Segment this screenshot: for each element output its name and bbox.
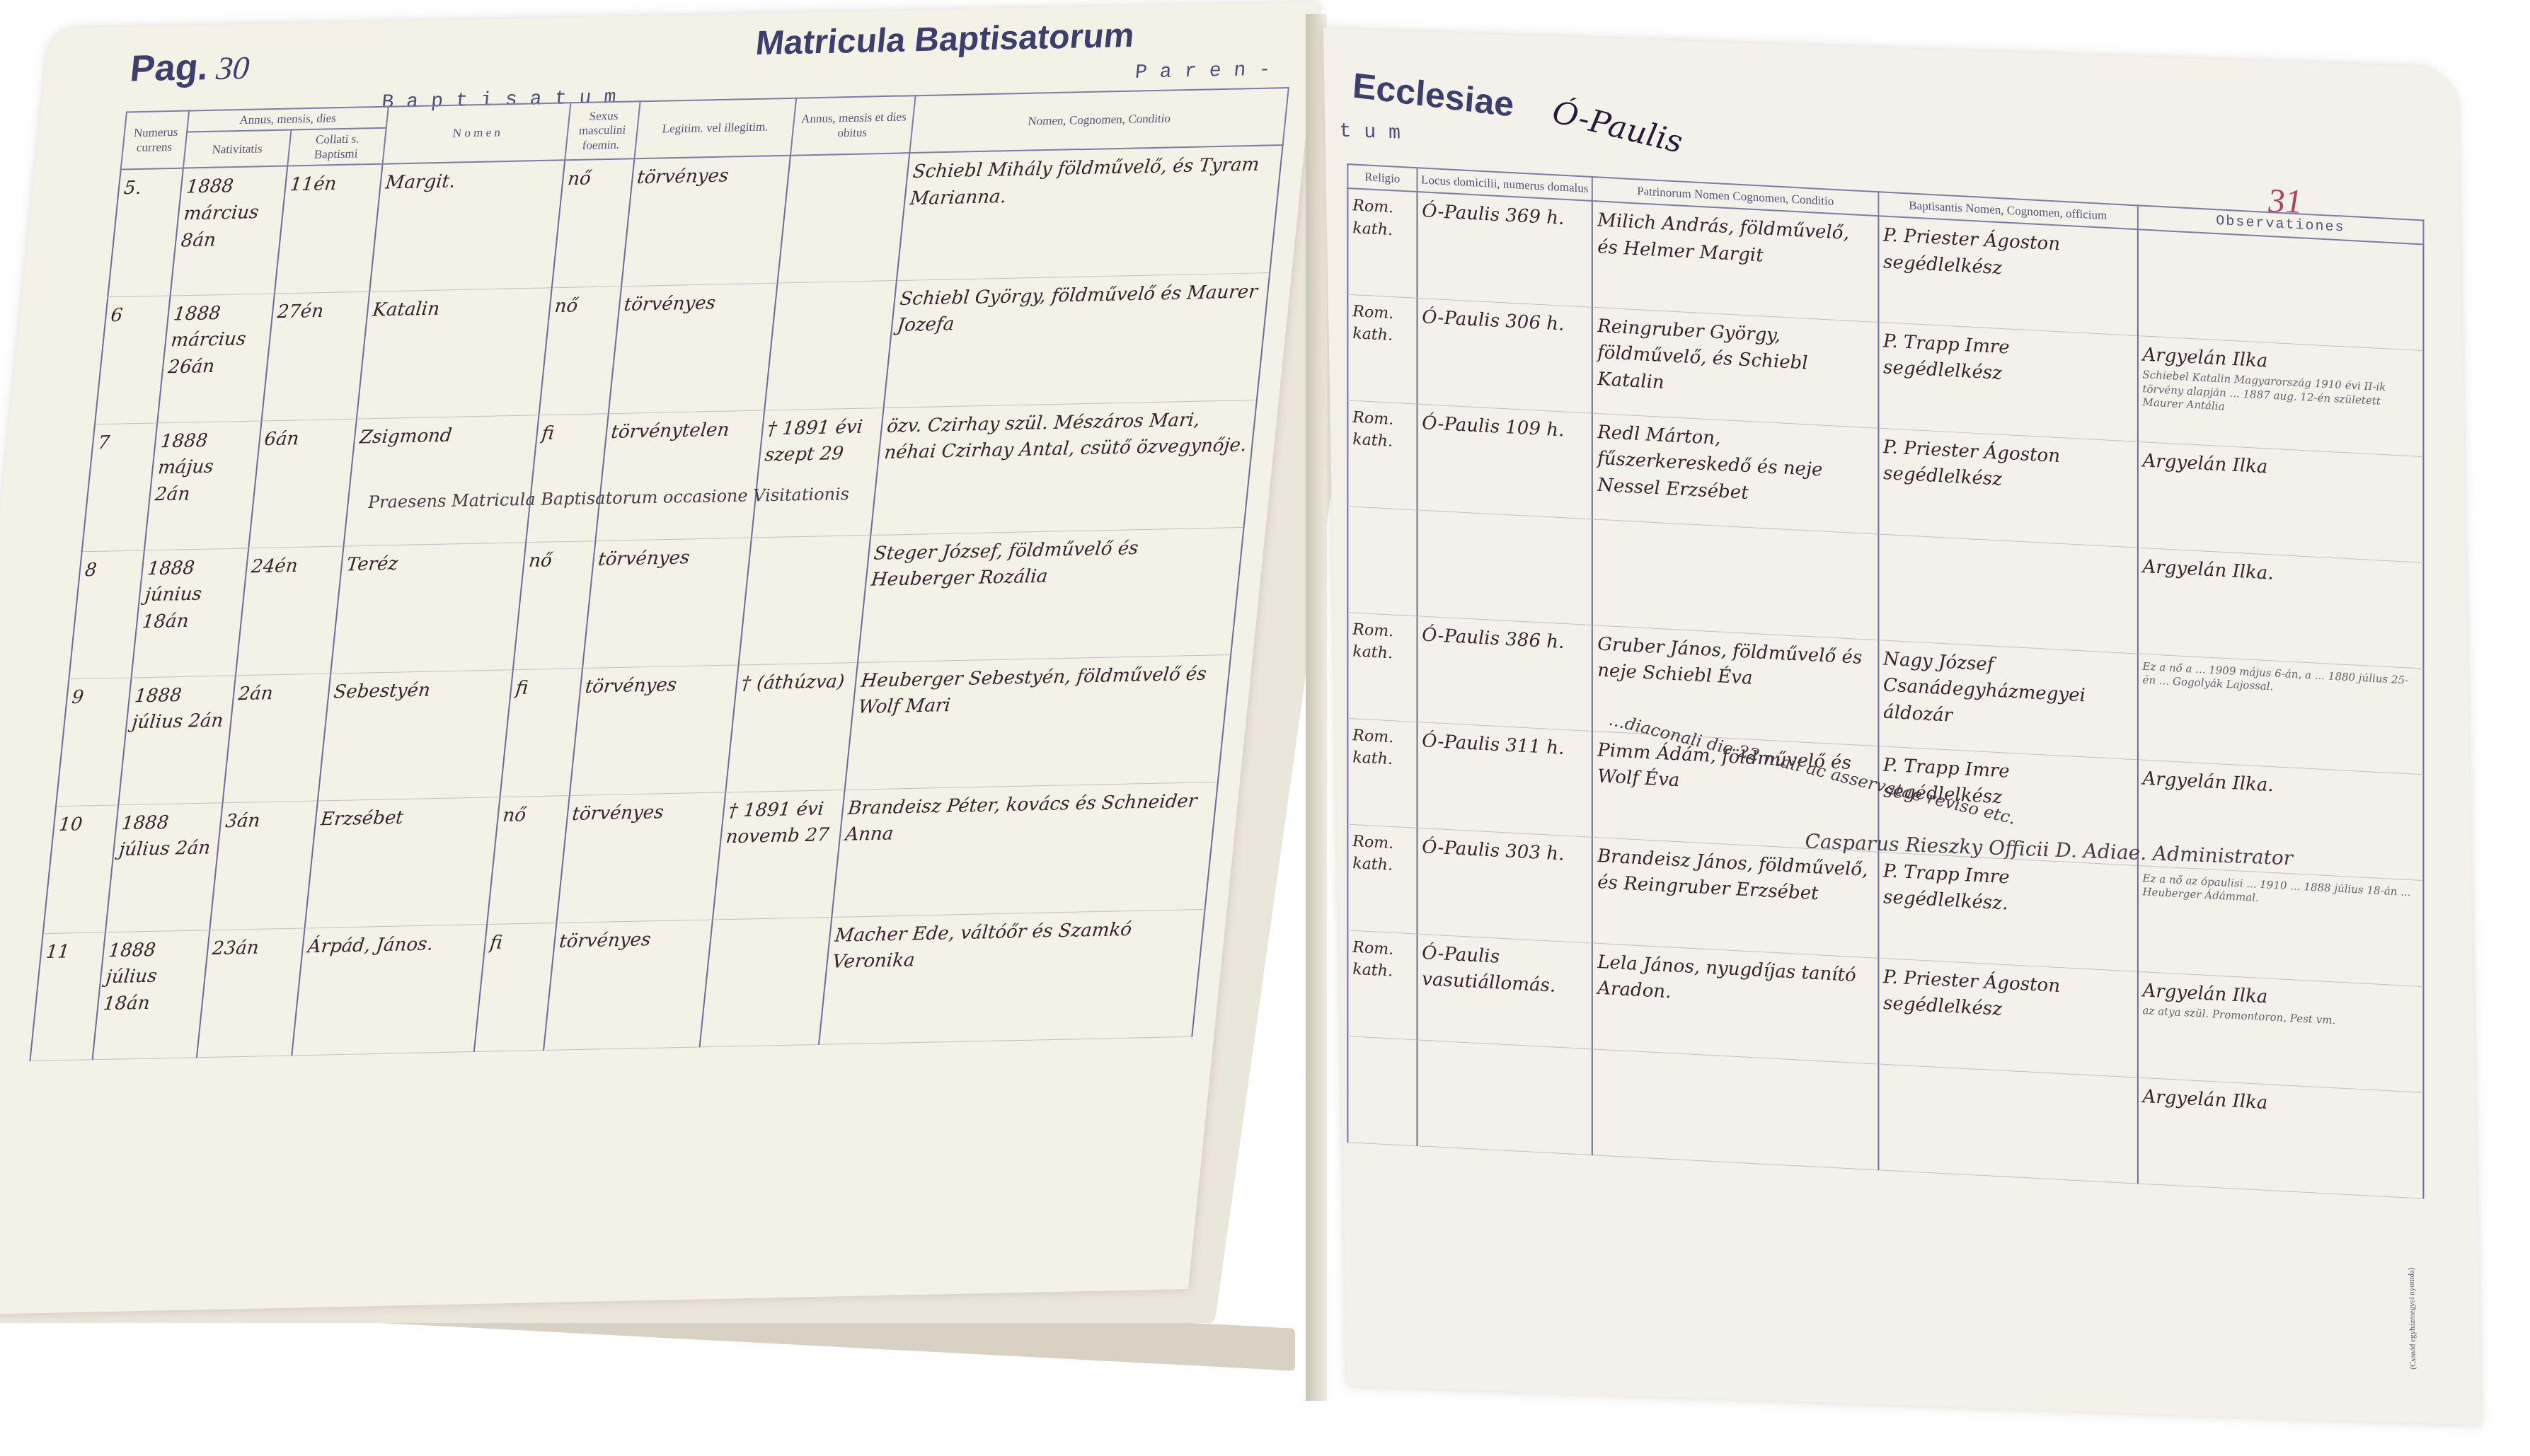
col-nativitatis: Nativitatis: [183, 130, 291, 168]
table-row: 111888 július 18án23ánÁrpád, János.fitör…: [30, 909, 1204, 1061]
cell-religio: Rom. kath.: [1347, 612, 1417, 722]
observation-note: [2143, 792, 2419, 807]
cell-sexus: nő: [539, 286, 621, 415]
cell-sexus: fi: [500, 668, 582, 797]
cell-nomen: Teréz: [330, 542, 526, 673]
cell-nomen: Sebestyén: [318, 669, 513, 800]
cell-legit: törvénytelen: [595, 410, 764, 541]
cell-collati: 6án: [248, 419, 357, 548]
cell-legit: törvényes: [556, 792, 725, 923]
table-row: 101888 július 2án3ánErzsébetnőtörvényes†…: [43, 782, 1218, 933]
col-parentes: Nomen, Cognomen, Conditio: [910, 88, 1289, 153]
left-page: Pag.30 Matricula Baptisatorum Baptisatum…: [0, 2, 1319, 1316]
section-tum: tum: [1339, 121, 1413, 146]
cell-obitus: [778, 153, 910, 282]
cell-patrini: Brandeisz János, földművelő, és Reingrub…: [1592, 837, 1878, 958]
col-sexus: Sexus masculini foemin.: [565, 101, 640, 160]
cell-baptisans: Nagy József Csanádegyházmegyei áldozár: [1878, 640, 2137, 759]
table-row: 5.1888 március 8án11énMargit.nőtörvényes…: [108, 145, 1282, 296]
page-label: Pag.30: [128, 45, 251, 91]
cell-obs: Argyelán Ilka: [2137, 441, 2423, 562]
cell-baptisans: P. Priester Ágoston segédlelkész: [1878, 216, 2137, 335]
cell-patrini: Milich András, földművelő, és Helmer Mar…: [1592, 201, 1878, 322]
cell-nativ: 1888 július 2án: [105, 802, 222, 932]
cell-collati: 23án: [197, 928, 305, 1058]
cell-obitus: † 1891 évi novemb 27: [713, 790, 845, 919]
cell-nativ: 1888 július 2án: [119, 676, 236, 805]
cell-collati: 24én: [236, 546, 344, 676]
cell-obitus: [764, 280, 897, 410]
cell-baptisans: P. Trapp Imre segédlelkész: [1878, 322, 2137, 441]
right-page: Ecclesiae tum Ó-Paulis 31 Religio Locus …: [1323, 28, 2481, 1426]
cell-obs: [2137, 229, 2423, 350]
cell-locus: [1417, 1039, 1592, 1155]
cell-locus: Ó-Paulis 306 h.: [1417, 298, 1592, 413]
cell-sexus: fi: [526, 413, 608, 542]
cell-parentes: Heuberger Sebestyén, földművelő és Wolf …: [845, 654, 1231, 790]
cell-baptisans: [1878, 534, 2137, 654]
cell-baptisans: P. Trapp Imre segédlelkész.: [1878, 852, 2137, 971]
observation-signature: Argyelán Ilka: [2143, 344, 2268, 371]
cell-nativ: 1888 március 8án: [171, 166, 287, 296]
observation-signature: Argyelán Ilka.: [2143, 556, 2274, 584]
cell-sexus: nő: [513, 541, 595, 669]
cell-parentes: Schiebl Mihály földművelő, és Tyram Mari…: [897, 145, 1282, 280]
cell-nomen: Margit.: [369, 160, 565, 291]
col-legitim: Legitim. vel illegitim.: [634, 98, 796, 159]
cell-sexus: nő: [487, 795, 569, 924]
cell-legit: törvényes: [544, 920, 713, 1051]
cell-nativ: 1888 március 26án: [158, 294, 275, 423]
cell-nomen: Erzsébet: [305, 797, 500, 928]
cell-legit: törvényes: [621, 156, 790, 287]
table-row: 81888 június 18án24énTeréznőtörvényesSte…: [69, 527, 1243, 678]
observation-note: Schiebel Katalin Magyarország 1910 évi I…: [2143, 369, 2419, 424]
cell-collati: 11én: [274, 164, 382, 294]
cell-obs: Argyelán Ilkaaz atya szül. Promontoron, …: [2137, 971, 2423, 1092]
book-gutter: [1306, 14, 1327, 1401]
cell-nativ: 1888 június 18án: [132, 548, 248, 678]
cell-obs: Ez a nő az ópaulisi ... 1910 ... 1888 jú…: [2137, 865, 2423, 986]
table-row: 71888 május 2án6ánZsigmondfitörvénytelen…: [82, 400, 1257, 551]
cell-patrini: Lela János, nyugdíjas tanító Aradon.: [1592, 943, 1878, 1064]
cell-nativ: 1888 július 18án: [93, 930, 209, 1059]
cell-locus: Ó-Paulis vasutiállomás.: [1417, 934, 1592, 1049]
cell-legit: törvényes: [569, 665, 738, 796]
cell-collati: 2án: [222, 674, 330, 803]
cell-parentes: özv. Czirhay szül. Mészáros Mari, néhai …: [871, 400, 1257, 535]
cell-legit: törvényes: [582, 538, 752, 669]
cell-patrini: Redl Márton, fűszerkereskedő és neje Nes…: [1592, 413, 1878, 534]
cell-obitus: [700, 917, 832, 1046]
cell-baptisans: [1878, 1063, 2137, 1183]
ecclesiae-title: Ecclesiae: [1351, 65, 1515, 125]
register-title: Matricula Baptisatorum: [754, 16, 1136, 63]
cell-religio: Rom. kath.: [1347, 718, 1417, 828]
cell-locus: Ó-Paulis 386 h.: [1417, 616, 1592, 731]
cell-patrini: [1592, 519, 1878, 640]
cell-locus: Ó-Paulis 303 h.: [1417, 828, 1592, 943]
register-book: Pag.30 Matricula Baptisatorum Baptisatum…: [0, 0, 2530, 1456]
page-number-left: 30: [215, 50, 251, 86]
cell-religio: [1347, 1036, 1417, 1145]
baptism-table-left: Numerus currens Annus, mensis, dies N o …: [29, 87, 1289, 1061]
observation-signature: Argyelán Ilka: [2143, 980, 2268, 1007]
cell-locus: Ó-Paulis 311 h.: [1417, 722, 1592, 837]
cell-religio: Rom. kath.: [1347, 188, 1417, 298]
col-religio: Religio: [1347, 164, 1417, 192]
cell-collati: 27én: [261, 291, 369, 421]
observation-note: Ez a nő az ópaulisi ... 1910 ... 1888 jú…: [2143, 872, 2419, 913]
cell-obs: Argyelán Ilka: [2137, 1077, 2423, 1198]
cell-obs: Ez a nő a ... 1909 május 6-án, a ... 188…: [2137, 653, 2423, 774]
printer-mark: (Csanád egyházmegyei nyomda): [2408, 1267, 2418, 1370]
col-numerus: Numerus currens: [121, 111, 190, 170]
cell-parentes: Brandeisz Péter, kovács és Schneider Ann…: [832, 782, 1218, 917]
cell-nomen: Katalin: [357, 287, 552, 418]
observation-signature: Argyelán Ilka: [2143, 1085, 2268, 1113]
cell-baptisans: P. Priester Ágoston segédlelkész: [1878, 958, 2137, 1077]
cell-nomen: Zsigmond: [344, 415, 539, 545]
section-parentum: Paren-: [1134, 59, 1284, 83]
col-collati: Collati s. Baptismi: [287, 128, 386, 166]
col-nomen: N o m e n: [383, 103, 571, 164]
table-row: 91888 július 2án2ánSebestyénfitörvényes†…: [56, 654, 1231, 806]
cell-parentes: Macher Ede, váltóőr és Szamkó Veronika: [819, 909, 1204, 1044]
observation-signature: Argyelán Ilka.: [2143, 768, 2274, 796]
observation-note: az atya szül. Promontoron, Pest vm.: [2143, 1004, 2419, 1032]
baptism-table-right: Religio Locus domicilii, numerus domalus…: [1347, 163, 2424, 1198]
cell-obs: Argyelán Ilka.: [2137, 548, 2423, 669]
cell-legit: törvényes: [608, 283, 777, 414]
cell-parentes: Steger József, földművelő és Heuberger R…: [858, 527, 1243, 662]
observation-note: [2143, 474, 2419, 488]
cell-locus: Ó-Paulis 369 h.: [1417, 192, 1592, 307]
col-obitus: Annus, mensis et dies obitus: [790, 96, 916, 156]
cell-patrini: [1592, 1048, 1878, 1169]
cell-locus: Ó-Paulis 109 h.: [1417, 404, 1592, 519]
parish-name: Ó-Paulis: [1549, 94, 1685, 161]
observation-signature: Argyelán Ilka: [2143, 450, 2268, 478]
cell-obs: Argyelán IlkaSchiebel Katalin Magyarorsz…: [2137, 335, 2423, 456]
cell-religio: Rom. kath.: [1347, 824, 1417, 934]
cell-obitus: † (áthúzva): [725, 662, 858, 792]
cell-religio: Rom. kath.: [1347, 400, 1417, 510]
cell-religio: Rom. kath.: [1347, 294, 1417, 404]
cell-collati: 3án: [209, 801, 318, 930]
cell-religio: Rom. kath.: [1347, 930, 1417, 1039]
cell-nativ: 1888 május 2án: [144, 421, 261, 550]
cell-baptisans: P. Priester Ágoston segédlelkész: [1878, 428, 2137, 548]
pag-label: Pag.: [128, 47, 210, 89]
observation-note: [2143, 580, 2419, 594]
cell-nomen: Árpád, János.: [292, 924, 487, 1055]
observation-note: [2143, 1110, 2419, 1124]
observation-note: Ez a nő a ... 1909 május 6-án, a ... 188…: [2143, 659, 2419, 701]
cell-obitus: † 1891 évi szept 29: [752, 408, 884, 537]
cell-sexus: nő: [552, 158, 634, 287]
cell-patrini: Reingruber György, földművelő, és Schieb…: [1592, 307, 1878, 428]
table-row: 61888 március 26án27énKatalinnőtörvényes…: [95, 272, 1270, 424]
cell-parentes: Schiebl György, földművelő és Maurer Joz…: [884, 272, 1270, 408]
cell-obitus: [739, 535, 871, 664]
cell-locus: [1417, 509, 1592, 625]
cell-sexus: fi: [474, 923, 556, 1051]
cell-religio: [1347, 506, 1417, 616]
